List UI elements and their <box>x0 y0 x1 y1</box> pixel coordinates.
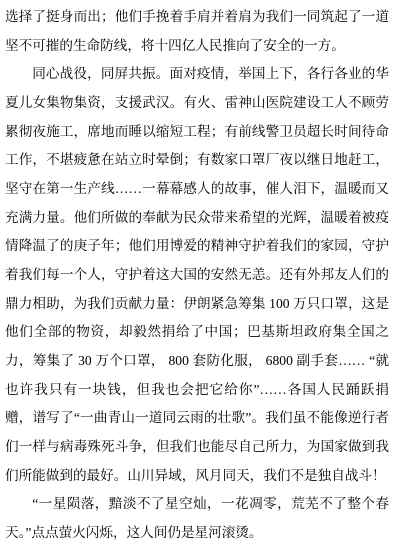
paragraph-continuation: 选择了挺身而出；他们手挽着手肩并着肩为我们一同筑起了一道坚不可摧的生命防线，将十… <box>5 3 389 60</box>
paragraph-body: 同心战役，同屏共振。面对疫情，举国上下，各行各业的华夏儿女集物集资，支援武汉。有… <box>5 60 389 490</box>
paragraph-closing: “一星陨落，黯淡不了星空灿，一花凋零，荒芜不了整个春天。”点点萤火闪烁，这人间仍… <box>5 490 389 545</box>
document-page: 选择了挺身而出；他们手挽着手肩并着肩为我们一同筑起了一道坚不可摧的生命防线，将十… <box>0 0 396 545</box>
